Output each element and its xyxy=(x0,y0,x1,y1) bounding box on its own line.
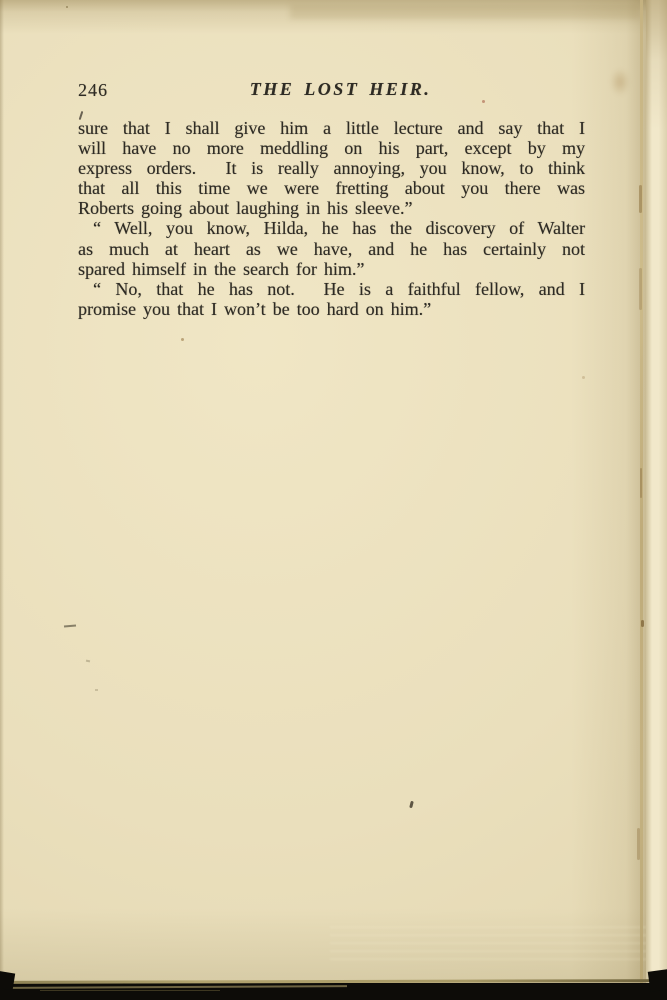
text-line: “ Well, you know, Hilda, he has the disc… xyxy=(78,218,585,238)
paper-speck xyxy=(86,660,90,663)
text-line: “ No, that he has not. He is a faithful … xyxy=(78,279,585,299)
text-line: promise you that I won’t be too hard on … xyxy=(78,299,585,319)
top-shadow-streak xyxy=(290,5,640,19)
text-line: express orders. It is really annoying, y… xyxy=(78,158,585,178)
scanner-bed-corner xyxy=(0,971,15,991)
stacked-pages-edge xyxy=(40,990,220,991)
crease-mark xyxy=(637,828,640,860)
adjacent-page-edge xyxy=(646,0,667,983)
page-text: sure that I shall give him a little lect… xyxy=(78,118,585,319)
paper-speck xyxy=(66,6,68,8)
crease-mark xyxy=(639,268,642,310)
book-scan: 246 THE LOST HEIR. sure that I shall giv… xyxy=(0,0,667,1000)
paper-speck xyxy=(181,338,184,341)
crease-mark xyxy=(641,620,644,627)
paper-speck xyxy=(582,376,585,379)
scanner-bed-corner xyxy=(648,968,667,991)
stacked-pages-edge xyxy=(12,985,347,989)
text-line: spared himself in the search for him.” xyxy=(78,259,585,279)
ink-mark xyxy=(409,801,414,809)
paper-speck xyxy=(482,100,485,103)
bottom-light-streaks xyxy=(330,920,650,962)
text-line: sure that I shall give him a little lect… xyxy=(78,118,585,138)
crease-mark xyxy=(640,468,642,498)
text-line: that all this time we were fretting abou… xyxy=(78,178,585,198)
page-bottom-edge xyxy=(6,979,662,984)
paper-speck xyxy=(95,689,98,691)
text-line: as much at heart as we have, and he has … xyxy=(78,239,585,259)
text-line: will have no more meddling on his part, … xyxy=(78,138,585,158)
corner-smudge xyxy=(610,68,630,96)
crease-mark xyxy=(639,185,642,213)
book-page: 246 THE LOST HEIR. sure that I shall giv… xyxy=(0,0,646,983)
text-line: Roberts going about laughing in his slee… xyxy=(78,198,585,218)
ink-mark xyxy=(64,624,76,627)
running-title: THE LOST HEIR. xyxy=(87,79,594,100)
